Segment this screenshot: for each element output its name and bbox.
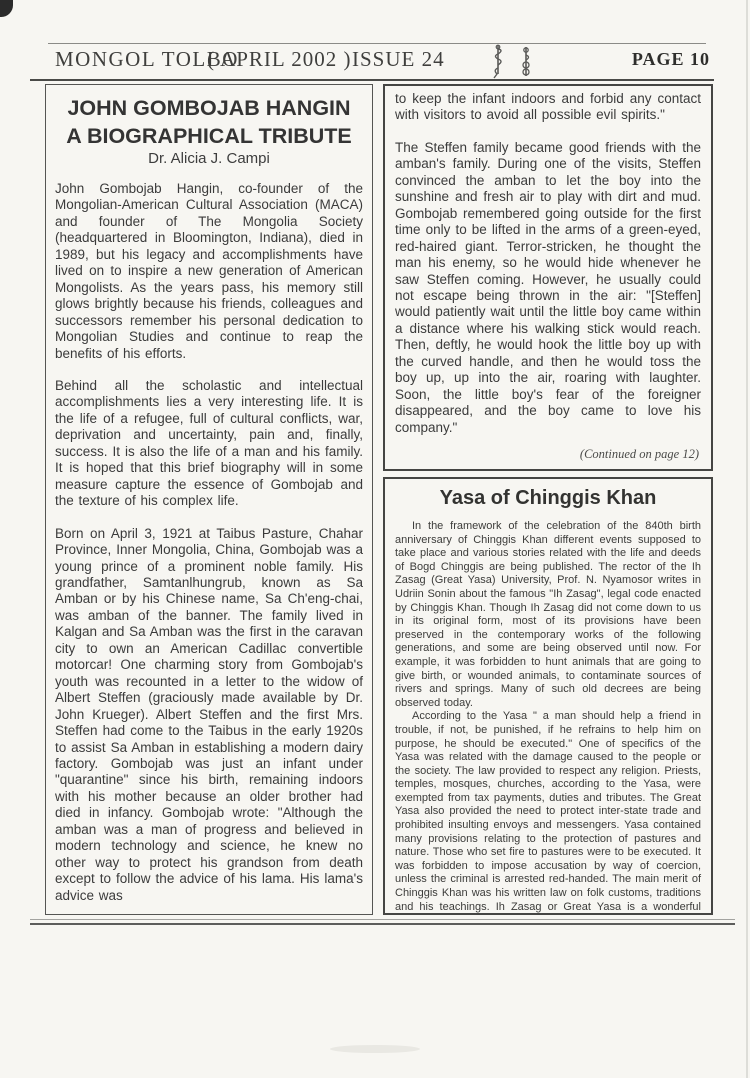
article-title-line1: JOHN GOMBOJAB HANGIN — [55, 95, 363, 121]
article-byline: Dr. Alicia J. Campi — [55, 150, 363, 167]
article-paragraph: to keep the infant indoors and forbid an… — [395, 91, 701, 124]
yasa-paragraph: According to the Yasa " a man should hel… — [395, 710, 701, 915]
article-paragraph: The Steffen family became good friends w… — [395, 140, 701, 436]
header-date: ( APRIL 2002 ) — [207, 47, 351, 72]
header-bottom-rule — [30, 79, 714, 81]
yasa-title: Yasa of Chinggis Khan — [395, 487, 701, 510]
article-paragraph: Born on April 3, 1921 at Taibus Pasture,… — [55, 526, 363, 904]
scan-corner-smudge — [0, 0, 13, 17]
article-title-line2: A BIOGRAPHICAL TRIBUTE — [55, 123, 363, 149]
page-number: PAGE 10 — [632, 49, 710, 70]
mongol-script-icon — [490, 44, 506, 80]
article-paragraph: John Gombojab Hangin, co-founder of the … — [55, 181, 363, 362]
header-top-rule — [48, 43, 706, 44]
header-issue-number: ISSUE 24 — [352, 47, 445, 72]
yasa-article-box: Yasa of Chinggis Khan In the framework o… — [383, 477, 713, 915]
mongol-script-icon — [519, 46, 533, 78]
right-article-box: to keep the infant indoors and forbid an… — [383, 84, 713, 471]
scanned-newsletter-page: { "colors": { "ink": "#3a3a3a", "paper":… — [0, 0, 750, 1078]
article-paragraph: Behind all the scholastic and intellectu… — [55, 378, 363, 510]
continued-note: (Continued on page 12) — [580, 447, 699, 462]
left-article-box: JOHN GOMBOJAB HANGIN A BIOGRAPHICAL TRIB… — [45, 84, 373, 915]
scan-edge-line — [746, 0, 748, 1078]
footer-rule — [30, 919, 735, 925]
scan-bottom-smudge — [330, 1045, 420, 1053]
yasa-paragraph: In the framework of the celebration of t… — [395, 520, 701, 710]
